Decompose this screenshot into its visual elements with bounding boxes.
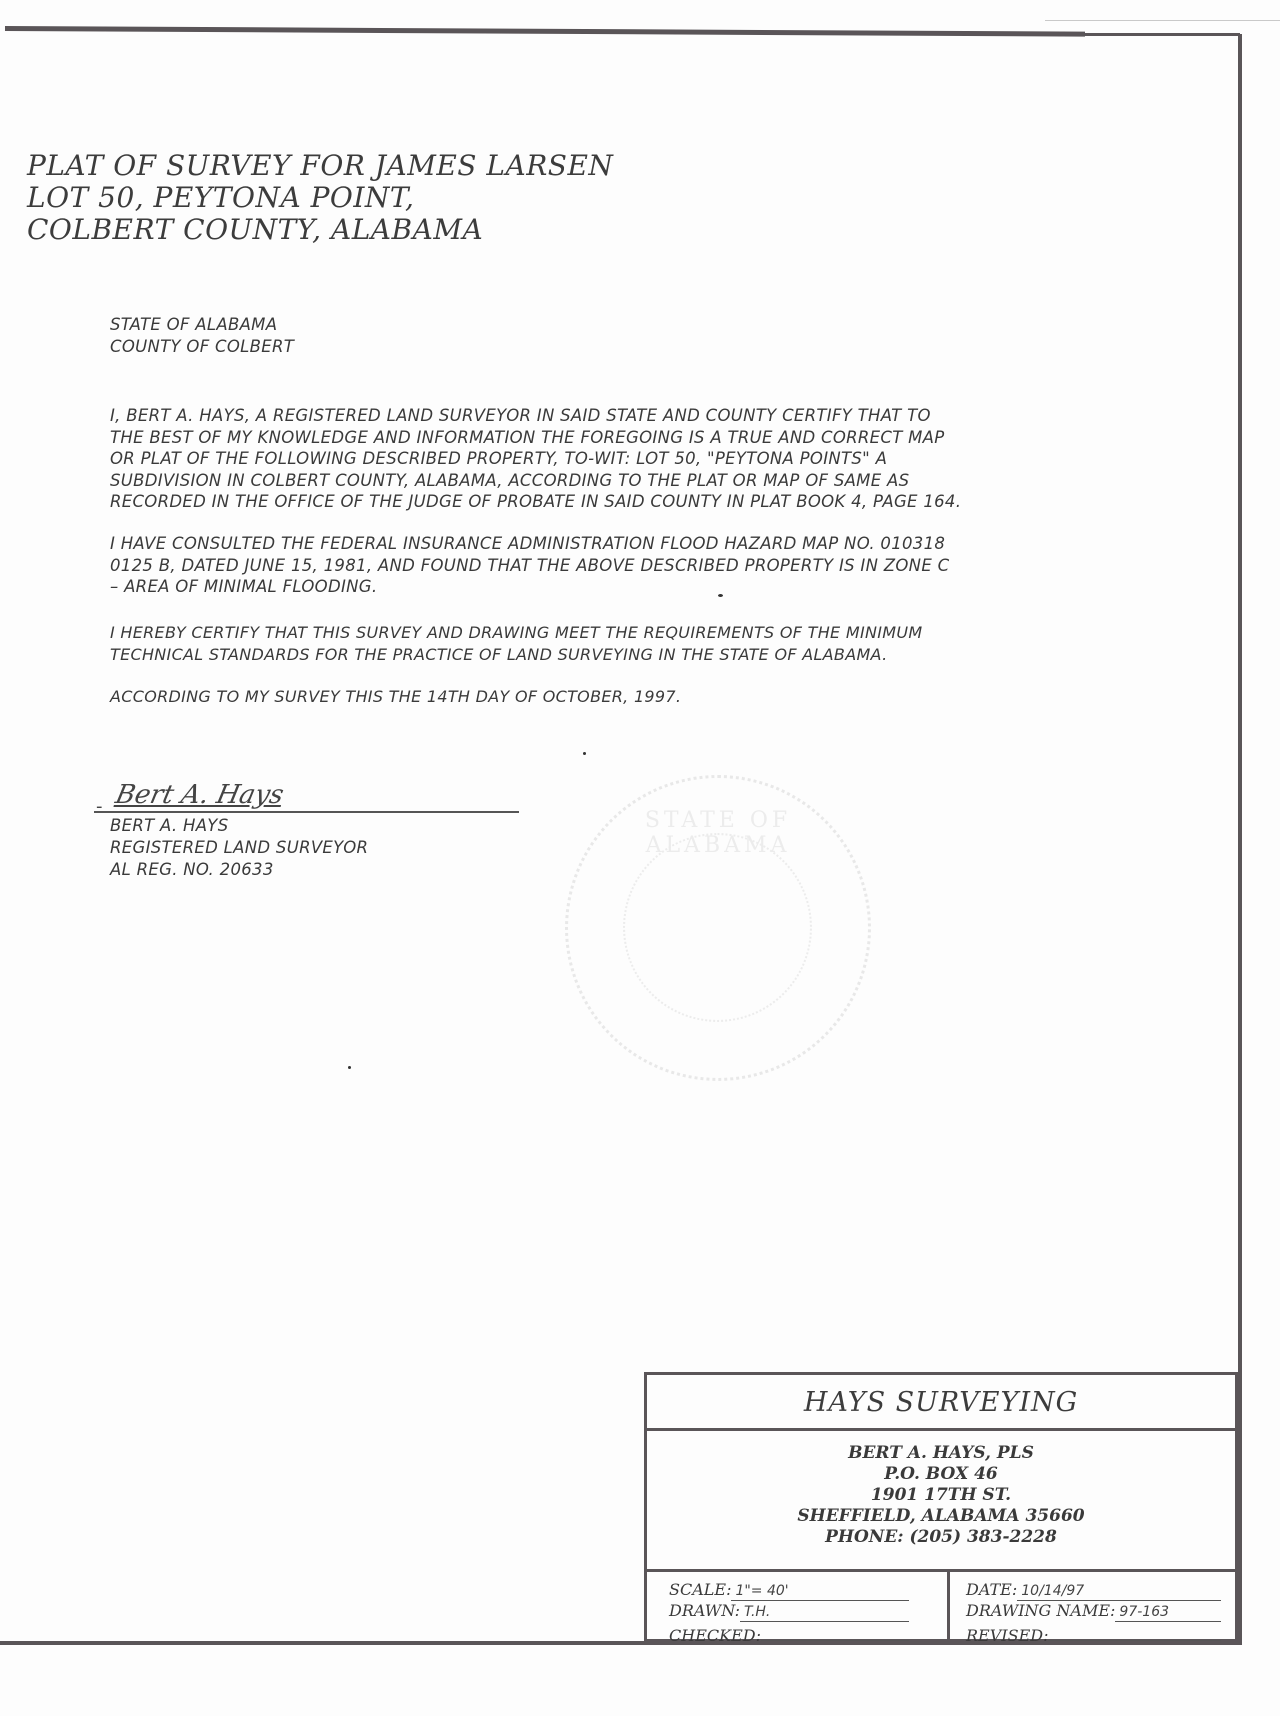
scan-speck	[348, 1066, 351, 1069]
plat-title: PLAT OF SURVEY FOR JAMES LARSEN LOT 50, …	[27, 150, 613, 246]
text-line: OR PLAT OF THE FOLLOWING DESCRIBED PROPE…	[110, 448, 1110, 470]
plat-title-line: COLBERT COUNTY, ALABAMA	[27, 214, 613, 246]
drawing-fields-left: SCALE: 1"= 40' DRAWN: T.H. CHECKED:	[669, 1572, 929, 1639]
plat-title-line: PLAT OF SURVEY FOR JAMES LARSEN	[27, 150, 613, 182]
registration-number: AL REG. NO. 20633	[110, 859, 368, 881]
drawn-field: DRAWN: T.H.	[669, 1601, 929, 1622]
drawing-fields: SCALE: 1"= 40' DRAWN: T.H. CHECKED: DATE…	[647, 1572, 1235, 1639]
drawn-value: T.H.	[740, 1603, 909, 1622]
checked-label: CHECKED:	[669, 1626, 761, 1646]
scale-value: 1"= 40'	[731, 1582, 909, 1601]
revised-label: REVISED:	[966, 1626, 1048, 1646]
drawing-name-label: DRAWING NAME:	[966, 1601, 1115, 1621]
border-top-right	[1080, 33, 1240, 36]
surveyor-name: BERT A. HAYS	[110, 815, 368, 837]
drawing-fields-right: DATE: 10/14/97 DRAWING NAME: 97-163 REVI…	[947, 1572, 1237, 1639]
date-label: DATE:	[966, 1580, 1017, 1600]
drawing-title-block: HAYS SURVEYING BERT A. HAYS, PLS P.O. BO…	[644, 1372, 1238, 1642]
state-line: STATE OF ALABAMA	[110, 314, 294, 336]
text-line: I HAVE CONSULTED THE FEDERAL INSURANCE A…	[110, 533, 1110, 555]
date-value: 10/14/97	[1017, 1582, 1221, 1601]
text-line: 0125 B, DATED JUNE 15, 1981, AND FOUND T…	[110, 555, 1110, 577]
jurisdiction-block: STATE OF ALABAMA COUNTY OF COLBERT	[110, 314, 294, 357]
text-line: SUBDIVISION IN COLBERT COUNTY, ALABAMA, …	[110, 470, 1110, 492]
plat-title-line: LOT 50, PEYTONA POINT,	[27, 182, 613, 214]
flood-zone-paragraph: I HAVE CONSULTED THE FEDERAL INSURANCE A…	[110, 533, 1110, 598]
survey-date-line: ACCORDING TO MY SURVEY THIS THE 14TH DAY…	[110, 686, 1110, 708]
checked-field: CHECKED:	[669, 1622, 929, 1646]
scan-speck	[718, 594, 723, 597]
address-line: 1901 17TH ST.	[647, 1485, 1235, 1506]
drawn-label: DRAWN:	[669, 1601, 740, 1621]
scan-artifact-line	[1045, 20, 1280, 21]
standards-paragraph: I HEREBY CERTIFY THAT THIS SURVEY AND DR…	[110, 622, 1110, 665]
text-line: RECORDED IN THE OFFICE OF THE JUDGE OF P…	[110, 491, 1110, 513]
scan-speck	[583, 752, 586, 755]
drawing-name-value: 97-163	[1115, 1603, 1221, 1622]
text-line: THE BEST OF MY KNOWLEDGE AND INFORMATION…	[110, 427, 1110, 449]
text-line: TECHNICAL STANDARDS FOR THE PRACTICE OF …	[110, 644, 1110, 666]
revised-value	[1048, 1622, 1221, 1641]
address-line: BERT A. HAYS, PLS	[647, 1443, 1235, 1464]
text-line: ACCORDING TO MY SURVEY THIS THE 14TH DAY…	[110, 686, 1110, 708]
text-line: I, BERT A. HAYS, A REGISTERED LAND SURVE…	[110, 405, 1110, 427]
address-line: P.O. BOX 46	[647, 1464, 1235, 1485]
scale-label: SCALE:	[669, 1580, 731, 1600]
text-line: I HEREBY CERTIFY THAT THIS SURVEY AND DR…	[110, 622, 1110, 644]
signature-block: BERT A. HAYS REGISTERED LAND SURVEYOR AL…	[110, 815, 368, 881]
border-right	[1238, 34, 1242, 1644]
company-address: BERT A. HAYS, PLS P.O. BOX 46 1901 17TH …	[647, 1431, 1235, 1572]
surveyor-seal: STATE OF ALABAMA	[565, 775, 871, 1081]
county-line: COUNTY OF COLBERT	[110, 336, 294, 358]
address-line: PHONE: (205) 383-2228	[647, 1527, 1235, 1548]
surveyor-title: REGISTERED LAND SURVEYOR	[110, 837, 368, 859]
handwritten-signature: Bert A. Hays	[113, 780, 287, 810]
certification-paragraph: I, BERT A. HAYS, A REGISTERED LAND SURVE…	[110, 405, 1110, 513]
signature-line	[94, 811, 519, 813]
date-field: DATE: 10/14/97	[966, 1580, 1237, 1601]
address-line: SHEFFIELD, ALABAMA 35660	[647, 1506, 1235, 1527]
drawing-name-field: DRAWING NAME: 97-163	[966, 1601, 1237, 1622]
signature-dash: -	[96, 796, 103, 817]
border-top	[5, 26, 1085, 37]
scale-field: SCALE: 1"= 40'	[669, 1580, 929, 1601]
revised-field: REVISED:	[966, 1622, 1237, 1646]
seal-inner-ring	[623, 833, 812, 1022]
company-name: HAYS SURVEYING	[647, 1375, 1235, 1431]
checked-value	[761, 1622, 909, 1641]
text-line: – AREA OF MINIMAL FLOODING.	[110, 576, 1110, 598]
